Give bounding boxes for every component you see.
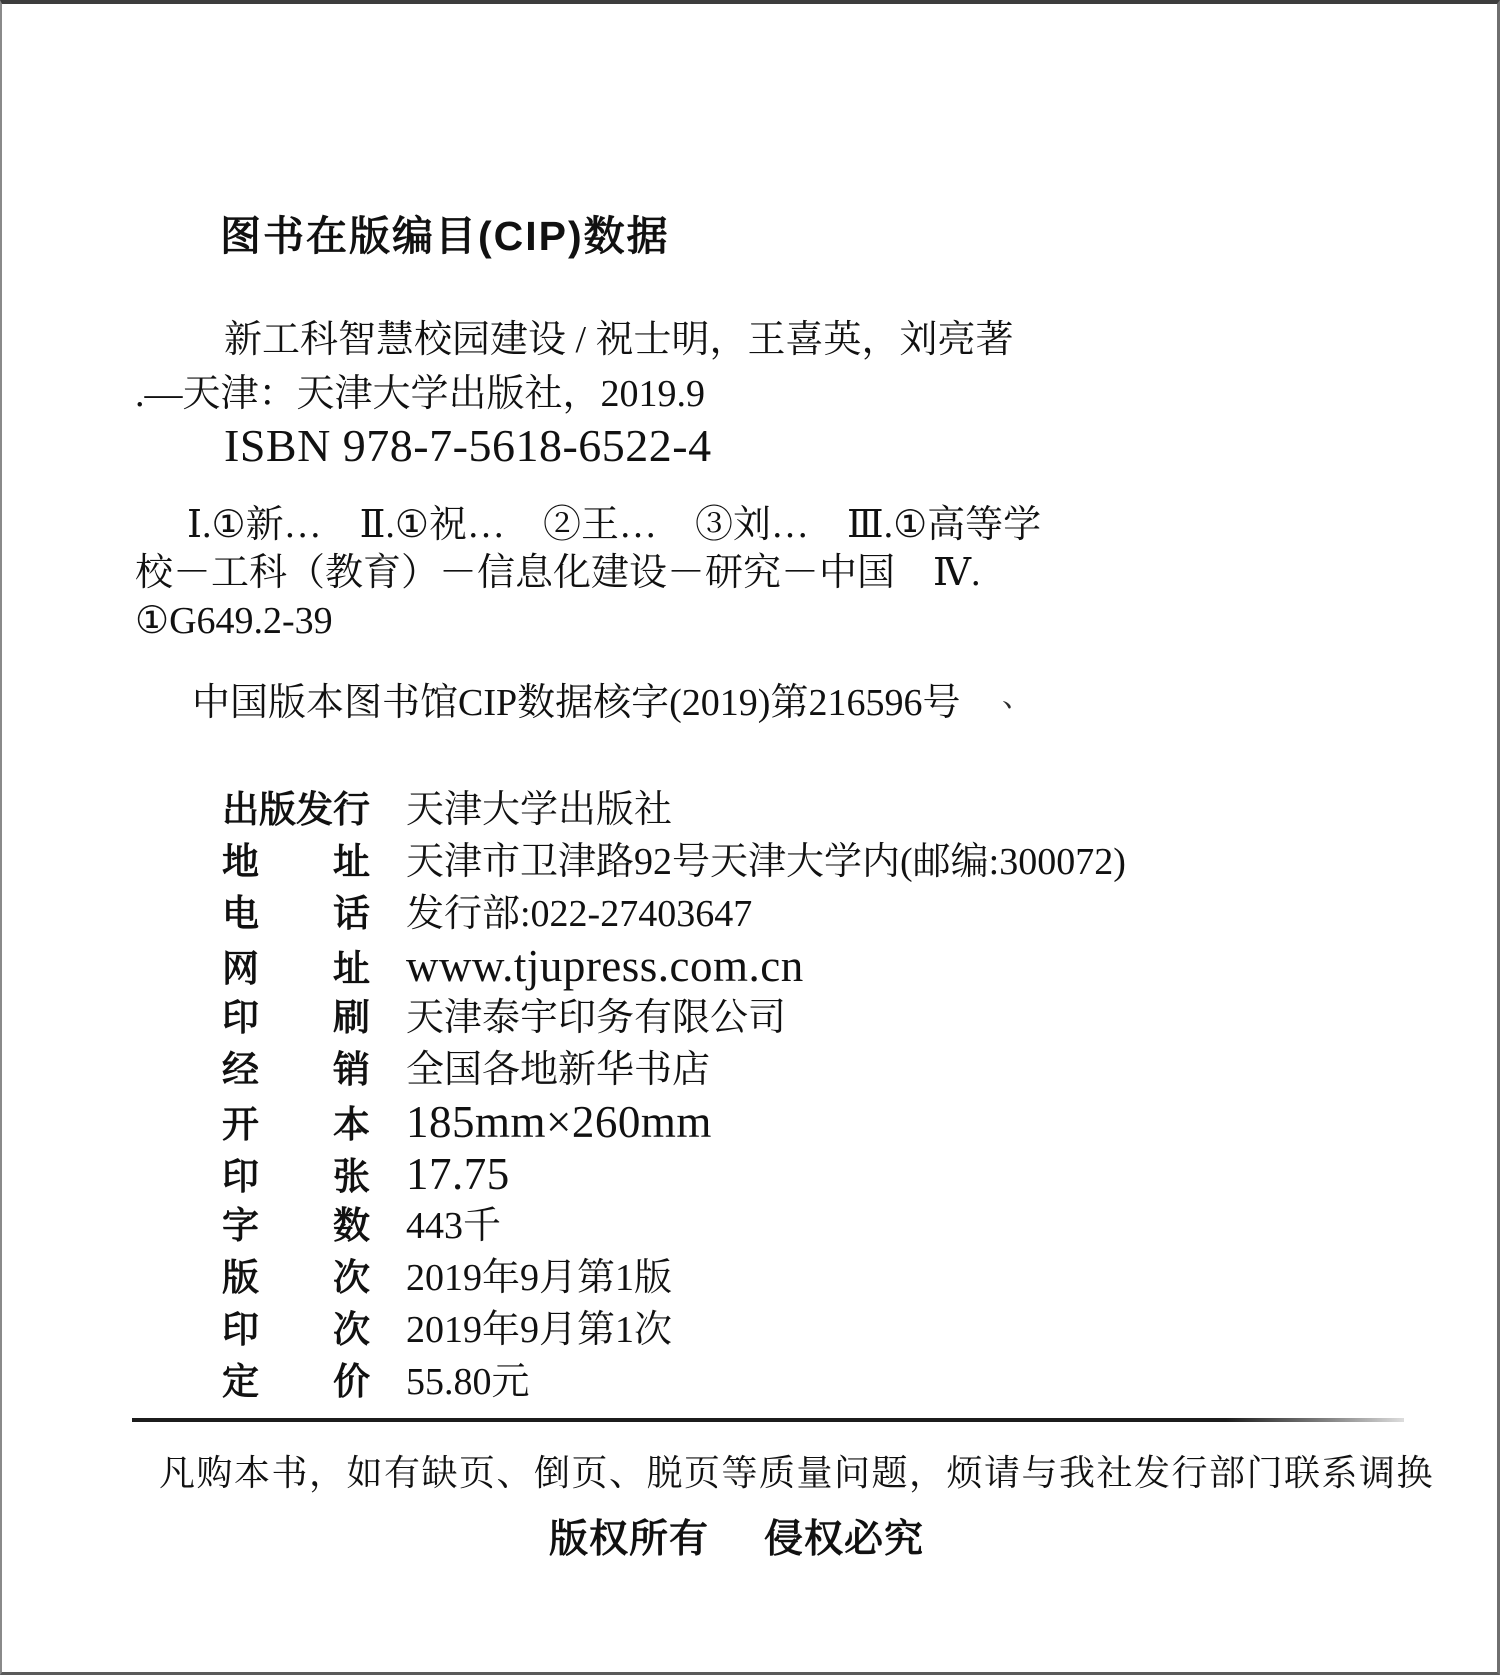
publisher-year-line: .—天津：天津大学出版社，2019.9 [135,375,705,413]
row-value: 2019年9月第1版 [406,1257,672,1299]
publication-details-table: 出版发行天津大学出版社 地 址天津市卫津路92号天津大学内(邮编:300072)… [222,784,1126,1408]
cip-title: 图书在版编目(CIP)数据 [220,216,670,257]
copyright-right: 侵权必究 [764,1508,924,1564]
row-value: 17.75 [406,1149,510,1199]
quality-notice: 凡购本书，如有缺页、倒页、脱页等质量问题，烦请与我社发行部门联系调换 [159,1455,1434,1491]
row-value: 全国各地新华书店 [406,1049,710,1091]
row-label: 电 话 [222,888,372,940]
copyright-statement: 版权所有 侵权必究 [549,1508,924,1564]
row-label: 版 次 [222,1252,372,1304]
stray-tick-mark: 、 [1002,682,1032,712]
table-row: 地 址天津市卫津路92号天津大学内(邮编:300072) [222,836,1126,888]
cip-record-number: 中国版本图书馆CIP数据核字(2019)第216596号 [192,684,960,722]
classification-line-1: Ⅰ.①新… Ⅱ.①祝… ②王… ③刘… Ⅲ.①高等学 [187,506,1041,544]
table-row: 开 本185mm×260mm [222,1096,1126,1148]
row-label: 字 数 [222,1200,372,1252]
table-row: 电 话发行部:022-27403647 [222,888,1126,940]
copyright-left: 版权所有 [549,1508,709,1564]
horizontal-divider [132,1418,1404,1422]
cip-copyright-page: 图书在版编目(CIP)数据 新工科智慧校园建设 / 祝士明，王喜英，刘亮著 .—… [0,0,1500,1675]
row-label: 网 址 [222,943,372,995]
table-row: 经 销全国各地新华书店 [222,1044,1126,1096]
table-row: 印 次2019年9月第1次 [222,1304,1126,1356]
table-row: 出版发行天津大学出版社 [222,784,1126,836]
row-label: 经 销 [222,1044,372,1096]
row-value: 185mm×260mm [406,1097,712,1147]
row-value: 55.80元 [406,1361,530,1403]
row-value: 天津大学出版社 [406,789,672,831]
row-label: 印 张 [222,1151,372,1203]
row-value: 天津市卫津路92号天津大学内(邮编:300072) [406,841,1126,883]
table-row: 印 刷天津泰宇印务有限公司 [222,992,1126,1044]
table-row: 字 数443千 [222,1200,1126,1252]
row-label: 印 刷 [222,992,372,1044]
table-row: 定 价55.80元 [222,1356,1126,1408]
row-value: 443千 [406,1205,501,1247]
isbn-line: ISBN 978-7-5618-6522-4 [224,423,712,469]
row-label: 定 价 [222,1356,372,1408]
row-label: 地 址 [222,836,372,888]
classification-line-2: 校－工科（教育）－信息化建设－研究－中国 Ⅳ. [135,554,980,592]
row-label: 印 次 [222,1304,372,1356]
table-row: 网 址www.tjupress.com.cn [222,940,1126,992]
row-label: 开 本 [222,1099,372,1151]
row-value: 2019年9月第1次 [406,1309,672,1351]
table-row: 版 次2019年9月第1版 [222,1252,1126,1304]
row-value: 天津泰宇印务有限公司 [406,997,786,1039]
classification-line-3: ①G649.2-39 [135,602,333,640]
row-label: 出版发行 [222,784,372,836]
row-value: 发行部:022-27403647 [406,893,752,935]
row-value: www.tjupress.com.cn [406,941,804,991]
book-title-author-line: 新工科智慧校园建设 / 祝士明，王喜英，刘亮著 [224,321,1014,359]
table-row: 印 张17.75 [222,1148,1126,1200]
